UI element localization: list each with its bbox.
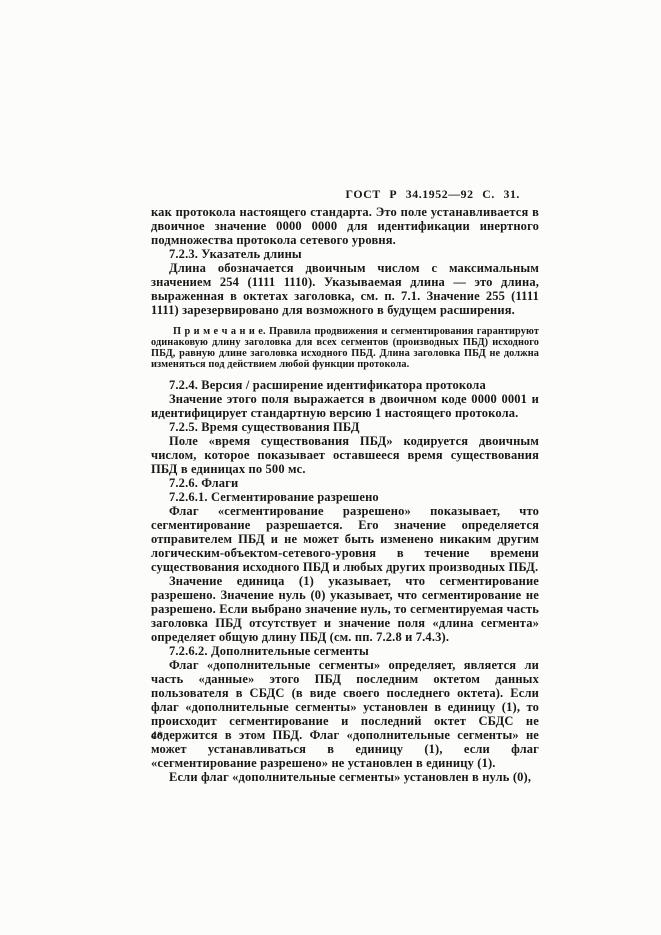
paragraph-more-segments-zero: Если флаг «дополнительные сегменты» уста… xyxy=(151,770,539,784)
printers-signature-mark: 4* xyxy=(151,730,164,742)
running-head: ГОСТ Р 34.1952—92 С. 31. xyxy=(151,187,520,202)
heading-7-2-3-length-indicator: 7.2.3. Указатель длины xyxy=(151,247,539,261)
heading-7-2-5-pdu-lifetime: 7.2.5. Время существования ПБД xyxy=(151,420,539,434)
paragraph-protocol-field-continued: как протокола настоящего стандарта. Это … xyxy=(151,205,539,247)
paragraph-segmentation-values: Значение единица (1) указывает, что сегм… xyxy=(151,574,539,644)
paragraph-more-segments-flag: Флаг «дополнительные сегменты» определяе… xyxy=(151,658,539,770)
paragraph-length-description: Длина обозначается двоичным числом с мак… xyxy=(151,261,539,317)
heading-7-2-6-1-segmentation-permitted: 7.2.6.1. Сегментирование разрешено xyxy=(151,490,539,504)
paragraph-version-value: Значение этого поля выражается в двоично… xyxy=(151,392,539,420)
scanned-document-page: ГОСТ Р 34.1952—92 С. 31. как протокола н… xyxy=(0,0,661,935)
document-body: как протокола настоящего стандарта. Это … xyxy=(151,205,539,784)
heading-7-2-6-2-more-segments: 7.2.6.2. Дополнительные сегменты xyxy=(151,644,539,658)
heading-7-2-4-version: 7.2.4. Версия / расширение идентификатор… xyxy=(151,378,539,392)
paragraph-lifetime-description: Поле «время существования ПБД» кодируетс… xyxy=(151,434,539,476)
paragraph-segmentation-flag: Флаг «сегментирование разрешено» показыв… xyxy=(151,504,539,574)
note-block: П р и м е ч а н и е. Правила продвижения… xyxy=(151,326,539,370)
heading-7-2-6-flags: 7.2.6. Флаги xyxy=(151,476,539,490)
